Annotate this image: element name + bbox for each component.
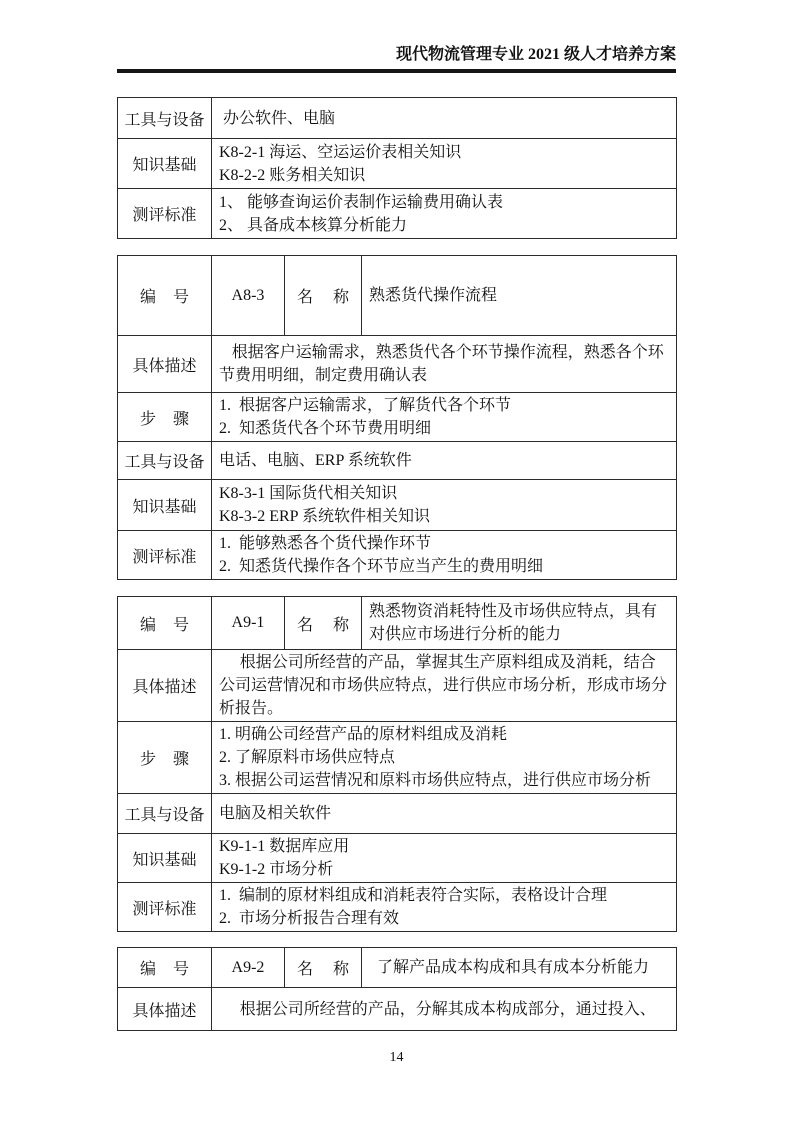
row-label: 知识基础 [118, 834, 212, 883]
value-line: 电脑及相关软件 [219, 802, 670, 825]
id-label: 编号 [118, 597, 212, 650]
table-row: 知识基础 K9-1-1 数据库应用 K9-1-2 市场分析 [118, 834, 677, 883]
table-id-row: 编号 A9-1 名称 熟悉物资消耗特性及市场供应特点，具有对供应市场进行分析的能… [118, 597, 677, 650]
value-line: K9-1-2 市场分析 [219, 858, 670, 881]
table-row: 步骤 1. 明确公司经营产品的原材料组成及消耗 2. 了解原料市场供应特点 3.… [118, 722, 677, 794]
table-row: 工具与设备 办公软件、电脑 [118, 98, 677, 139]
row-value: 根据客户运输需求，熟悉货代各个环节操作流程，熟悉各个环节费用明细，制定费用确认表 [212, 336, 677, 393]
header-title: 现代物流管理专业 2021 级人才培养方案 [117, 44, 676, 66]
row-label: 测评标准 [118, 531, 212, 580]
id-code: A8-3 [212, 256, 285, 336]
value-line: K8-2-2 账务相关知识 [219, 164, 670, 187]
id-code: A9-2 [212, 948, 285, 988]
row-value: K9-1-1 数据库应用 K9-1-2 市场分析 [212, 834, 677, 883]
table-row: 测评标准 1、 能够查询运价表制作运输费用确认表 2、 具备成本核算分析能力 [118, 189, 677, 239]
table-row: 测评标准 1. 能够熟悉各个货代操作环节 2. 知悉货代操作各个环节应当产生的费… [118, 531, 677, 580]
table-a9-2: 编号 A9-2 名称 了解产品成本构成和具有成本分析能力 具体描述 根据公司所经… [117, 947, 677, 1031]
row-label: 工具与设备 [118, 794, 212, 834]
row-label: 步骤 [118, 393, 212, 442]
table-id-row: 编号 A9-2 名称 了解产品成本构成和具有成本分析能力 [118, 948, 677, 988]
row-value: 1. 明确公司经营产品的原材料组成及消耗 2. 了解原料市场供应特点 3. 根据… [212, 722, 677, 794]
table-a8-3: 编号 A8-3 名称 熟悉货代操作流程 具体描述 根据客户运输需求，熟悉货代各个… [117, 255, 677, 580]
table-row: 步骤 1. 根据客户运输需求，了解货代各个环节 2. 知悉货代各个环节费用明细 [118, 393, 677, 442]
row-label: 具体描述 [118, 336, 212, 393]
row-label: 具体描述 [118, 988, 212, 1031]
row-value: 根据公司所经营的产品，掌握其生产原料组成及消耗，结合公司运营情况和市场供应特点，… [212, 650, 677, 722]
id-name: 熟悉货代操作流程 [362, 256, 677, 336]
value-line: K8-3-1 国际货代相关知识 [219, 482, 670, 505]
row-value: 1. 能够熟悉各个货代操作环节 2. 知悉货代操作各个环节应当产生的费用明细 [212, 531, 677, 580]
table-row: 具体描述 根据公司所经营的产品，掌握其生产原料组成及消耗，结合公司运营情况和市场… [118, 650, 677, 722]
value-line: 1. 根据客户运输需求，了解货代各个环节 [219, 394, 670, 417]
row-value: 1. 根据客户运输需求，了解货代各个环节 2. 知悉货代各个环节费用明细 [212, 393, 677, 442]
row-label: 具体描述 [118, 650, 212, 722]
table-row: 具体描述 根据公司所经营的产品，分解其成本构成部分，通过投入、 [118, 988, 677, 1031]
value-line: 1. 编制的原材料组成和消耗表符合实际，表格设计合理 [219, 884, 670, 907]
value-line: 办公软件、电脑 [219, 107, 670, 130]
row-label: 测评标准 [118, 883, 212, 932]
value-line: 2. 知悉货代操作各个环节应当产生的费用明细 [219, 555, 670, 578]
table-a9-1: 编号 A9-1 名称 熟悉物资消耗特性及市场供应特点，具有对供应市场进行分析的能… [117, 596, 677, 932]
table-row: 工具与设备 电话、电脑、ERP 系统软件 [118, 442, 677, 480]
value-line: 2. 市场分析报告合理有效 [219, 907, 670, 930]
value-paragraph: 熟悉物资消耗特性及市场供应特点，具有对供应市场进行分析的能力 [369, 600, 670, 646]
row-value: 电脑及相关软件 [212, 794, 677, 834]
value-line: 2. 知悉货代各个环节费用明细 [219, 417, 670, 440]
value-line: 了解产品成本构成和具有成本分析能力 [377, 956, 670, 979]
row-label: 知识基础 [118, 139, 212, 189]
table-k8-2: 工具与设备 办公软件、电脑 知识基础 K8-2-1 海运、空运运价表相关知识 K… [117, 97, 677, 239]
value-paragraph: 根据客户运输需求，熟悉货代各个环节操作流程，熟悉各个环节费用明细，制定费用确认表 [219, 341, 670, 387]
row-label: 工具与设备 [118, 442, 212, 480]
table-row: 测评标准 1. 编制的原材料组成和消耗表符合实际，表格设计合理 2. 市场分析报… [118, 883, 677, 932]
value-line: K9-1-1 数据库应用 [219, 835, 670, 858]
id-name: 了解产品成本构成和具有成本分析能力 [362, 948, 677, 988]
row-label: 步骤 [118, 722, 212, 794]
value-line: 电话、电脑、ERP 系统软件 [219, 449, 670, 472]
row-value: 1、 能够查询运价表制作运输费用确认表 2、 具备成本核算分析能力 [212, 189, 677, 239]
table-row: 知识基础 K8-2-1 海运、空运运价表相关知识 K8-2-2 账务相关知识 [118, 139, 677, 189]
row-value: 办公软件、电脑 [212, 98, 677, 139]
row-value: K8-3-1 国际货代相关知识 K8-3-2 ERP 系统软件相关知识 [212, 480, 677, 531]
value-line: K8-2-1 海运、空运运价表相关知识 [219, 141, 670, 164]
table-row: 知识基础 K8-3-1 国际货代相关知识 K8-3-2 ERP 系统软件相关知识 [118, 480, 677, 531]
header-rule [117, 69, 676, 73]
value-line: 3. 根据公司运营情况和原料市场供应特点，进行供应市场分析 [219, 769, 670, 792]
row-value: K8-2-1 海运、空运运价表相关知识 K8-2-2 账务相关知识 [212, 139, 677, 189]
id-label: 编号 [118, 256, 212, 336]
table-id-row: 编号 A8-3 名称 熟悉货代操作流程 [118, 256, 677, 336]
value-line: K8-3-2 ERP 系统软件相关知识 [219, 505, 670, 528]
document-page: 现代物流管理专业 2021 级人才培养方案 工具与设备 办公软件、电脑 知识基础… [0, 0, 793, 1122]
row-value: 电话、电脑、ERP 系统软件 [212, 442, 677, 480]
row-label: 知识基础 [118, 480, 212, 531]
name-label: 名称 [285, 948, 362, 988]
name-label: 名称 [285, 597, 362, 650]
row-value: 1. 编制的原材料组成和消耗表符合实际，表格设计合理 2. 市场分析报告合理有效 [212, 883, 677, 932]
id-code: A9-1 [212, 597, 285, 650]
id-label: 编号 [118, 948, 212, 988]
value-line: 1、 能够查询运价表制作运输费用确认表 [219, 191, 670, 214]
value-line: 1. 明确公司经营产品的原材料组成及消耗 [219, 723, 670, 746]
table-row: 具体描述 根据客户运输需求，熟悉货代各个环节操作流程，熟悉各个环节费用明细，制定… [118, 336, 677, 393]
row-label: 测评标准 [118, 189, 212, 239]
name-label: 名称 [285, 256, 362, 336]
id-name: 熟悉物资消耗特性及市场供应特点，具有对供应市场进行分析的能力 [362, 597, 677, 650]
value-paragraph: 根据公司所经营的产品，分解其成本构成部分，通过投入、 [219, 998, 670, 1021]
value-line: 2. 了解原料市场供应特点 [219, 746, 670, 769]
value-line: 2、 具备成本核算分析能力 [219, 214, 670, 237]
row-label: 工具与设备 [118, 98, 212, 139]
value-line: 1. 能够熟悉各个货代操作环节 [219, 532, 670, 555]
table-row: 工具与设备 电脑及相关软件 [118, 794, 677, 834]
row-value: 根据公司所经营的产品，分解其成本构成部分，通过投入、 [212, 988, 677, 1031]
value-line: 熟悉货代操作流程 [369, 284, 670, 307]
value-paragraph: 根据公司所经营的产品，掌握其生产原料组成及消耗，结合公司运营情况和市场供应特点，… [219, 651, 670, 720]
page-number: 14 [117, 1049, 676, 1067]
